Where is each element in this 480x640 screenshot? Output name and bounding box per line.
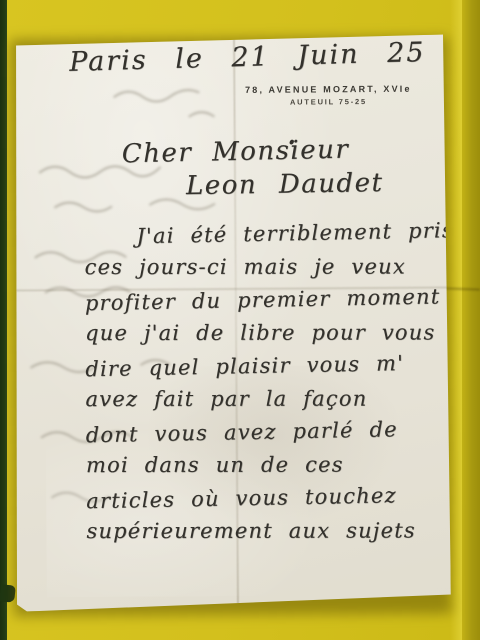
letterhead-phone: AUTEUIL 75-25 [205,96,451,107]
body-line: avez fait par la façon [86,382,450,416]
book-edge-strip [0,0,7,640]
folder-edge-highlight [450,0,462,640]
letter-paper: Paris le 21 Juin 25 78, AVENUE MOZART, X… [13,34,451,611]
body-line: que j'ai de libre pour vous [85,316,449,350]
folder-right-edge [462,0,480,640]
letter-body: J'ai été terriblement pris ces jours-ci … [84,216,450,549]
body-line: dont vous avez parlé de [85,412,450,452]
body-line: articles où vous touchez [86,478,451,518]
body-line: ces jours-ci mais je veux [85,250,449,284]
date-line: Paris le 21 Juin 25 [69,37,426,78]
body-line: supérieurement aux sujets [86,514,450,548]
body-line: moi dans un de ces [86,448,450,482]
printed-letterhead: 78, AVENUE MOZART, XVIe AUTEUIL 75-25 [205,83,451,107]
body-line: profiter du premier moment [85,280,450,320]
body-line: J'ai été terriblement pris [84,214,449,254]
body-line: dire quel plaisir vous m' [85,346,450,386]
greeting-line-2: Leon Daudet [186,168,384,201]
greeting-line-1: Cher Monsieur [122,135,350,170]
letter-photograph: Paris le 21 Juin 25 78, AVENUE MOZART, X… [0,0,480,640]
letterhead-address: 78, AVENUE MOZART, XVIe [205,83,451,95]
